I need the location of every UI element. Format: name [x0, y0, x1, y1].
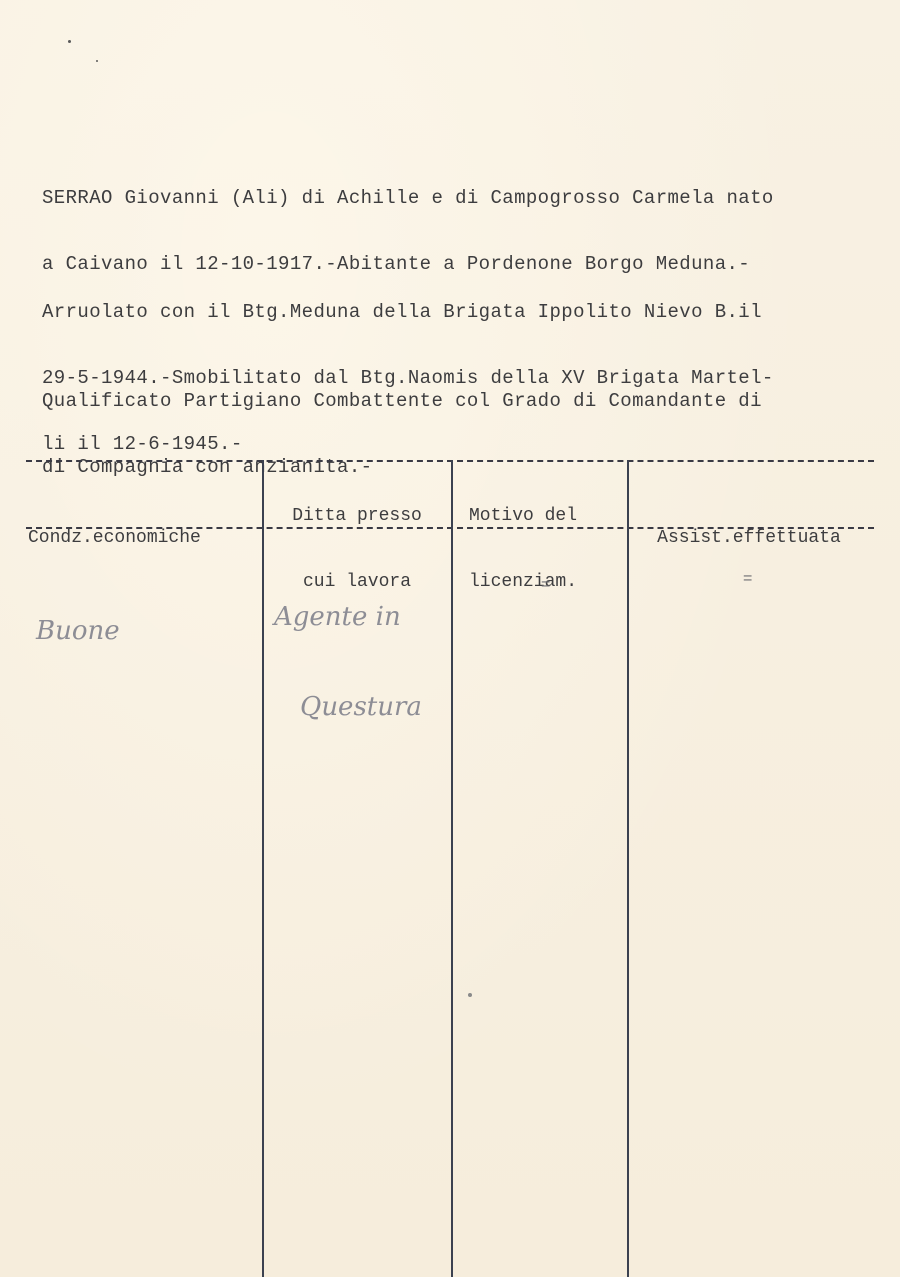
- table-top-rule: [26, 460, 874, 462]
- handwritten-condizioni: Buone: [36, 556, 120, 706]
- handwritten-line: Buone: [36, 616, 120, 646]
- handwritten-ditta: Agente in Questura: [274, 542, 422, 782]
- paper-speck: [96, 60, 98, 62]
- text-line: SERRAO Giovanni (Ali) di Achille e di Ca…: [42, 187, 774, 209]
- paper-speck: [68, 40, 71, 43]
- text-line: Qualificato Partigiano Combattente col G…: [42, 390, 762, 412]
- handwritten-line: Agente in: [274, 602, 422, 632]
- paper-speck: [468, 993, 472, 997]
- header-line: Condz.economiche: [28, 527, 260, 549]
- handwritten-line: Questura: [274, 692, 422, 722]
- assistenza-value: =: [743, 570, 752, 588]
- header-line: Motivo del: [469, 505, 625, 527]
- column-header-motivo: Motivo del licenziam.: [453, 461, 625, 637]
- motivo-value: =: [541, 576, 550, 594]
- header-line: Ditta presso: [264, 505, 450, 527]
- document-page: SERRAO Giovanni (Ali) di Achille e di Ca…: [0, 0, 900, 1277]
- header-line: Assist.effettuata: [629, 527, 869, 549]
- text-line: Arruolato con il Btg.Meduna della Brigat…: [42, 301, 774, 323]
